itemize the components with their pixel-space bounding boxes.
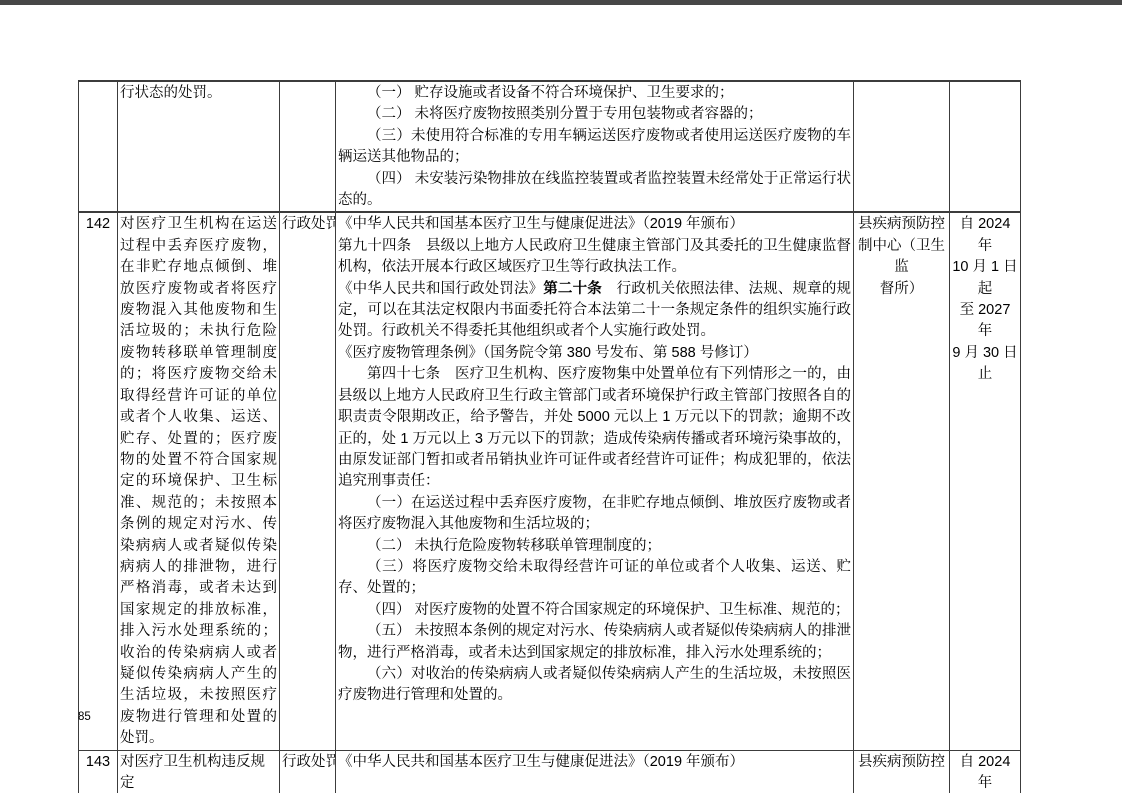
basis-article-47: 第四十七条 医疗卫生机构、医疗废物集中处置单位有下列情形之一的，由县级以上地方人…: [338, 364, 851, 492]
law-2-title: 《中华人民共和国行政处罚法》: [338, 281, 543, 297]
agency-cell: [854, 81, 950, 212]
table-row-142: 142 对医疗卫生机构在运送过程中丢弃医疗废物，在非贮存地点倾倒、堆放医疗废物或…: [79, 212, 1021, 750]
page-number: 85: [78, 711, 91, 723]
penalty-item-text: 对医疗卫生机构在运送过程中丢弃医疗废物，在非贮存地点倾倒、堆放医疗废物或者将医疗…: [120, 214, 277, 749]
penalty-item-cell: 对医疗卫生机构在运送过程中丢弃医疗废物，在非贮存地点倾倒、堆放医疗废物或者将医疗…: [118, 212, 280, 750]
penalty-item-text: 行状态的处罚。: [120, 83, 277, 104]
basis-item-3: （三）将医疗废物交给未取得经营许可证的单位或者个人收集、运送、贮存、处置的；: [338, 557, 851, 600]
period-line-4: 9 月 30 日止: [952, 343, 1018, 386]
period-cell: 自 2024 年 10 月 1 日起 至 2027 年 9 月 30 日止: [950, 212, 1021, 750]
row-number-cell: 142: [79, 212, 118, 750]
table-row-143: 143 对医疗卫生机构违反规定 行政处罚 《中华人民共和国基本医疗卫生与健康促进…: [79, 750, 1021, 793]
period-line-2: 10 月 1 日起: [952, 257, 1018, 300]
basis-law-1-title: 《中华人民共和国基本医疗卫生与健康促进法》（2019 年颁布）: [338, 214, 851, 235]
row-number-cell: [79, 81, 118, 212]
penalty-item-text: 对医疗卫生机构违反规定: [120, 752, 277, 793]
legal-basis-cell: 《中华人民共和国基本医疗卫生与健康促进法》（2019 年颁布） 第九十四条 县级…: [336, 212, 854, 750]
window-top-edge: [0, 0, 1122, 5]
basis-law-3-title: 《医疗废物管理条例》（国务院令第 380 号发布、第 588 号修订）: [338, 343, 851, 364]
basis-item-1: （一）在运送过程中丢弃医疗废物，在非贮存地点倾倒、堆放医疗废物或者将医疗废物混入…: [338, 493, 851, 536]
basis-item-6: （六）对收治的传染病病人或者疑似传染病病人产生的生活垃圾，未按照医疗废物进行管理…: [338, 664, 851, 707]
table-row-141-continuation: 行状态的处罚。 （一） 贮存设施或者设备不符合环境保护、卫生要求的； （二） 未…: [79, 81, 1021, 212]
basis-law-2-article-20: 《中华人民共和国行政处罚法》第二十条 行政机关依照法律、法规、规章的规定，可以在…: [338, 279, 851, 343]
agency-cell: 县疾病预防控 制中心（卫生监 督所）: [854, 212, 950, 750]
regulation-table: 行状态的处罚。 （一） 贮存设施或者设备不符合环境保护、卫生要求的； （二） 未…: [78, 80, 1021, 793]
penalty-item-cell: 对医疗卫生机构违反规定: [118, 750, 280, 793]
agency-line-2: 制中心（卫生监: [856, 236, 947, 279]
basis-item-5: （五） 未按照本条例的规定对污水、传染病病人或者疑似传染病病人的排泄物，进行严格…: [338, 621, 851, 664]
penalty-item-cell: 行状态的处罚。: [118, 81, 280, 212]
agency-cell: 县疾病预防控: [854, 750, 950, 793]
penalty-type-cell: [280, 81, 336, 212]
basis-item-4: （四） 对医疗废物的处置不符合国家规定的环境保护、卫生标准、规范的；: [338, 600, 851, 621]
period-cell: 自 2024 年: [950, 750, 1021, 793]
penalty-type-cell: 行政处罚: [280, 212, 336, 750]
basis-item-1: （一） 贮存设施或者设备不符合环境保护、卫生要求的；: [338, 83, 851, 104]
basis-law-1-title: 《中华人民共和国基本医疗卫生与健康促进法》（2019 年颁布）: [338, 752, 851, 773]
article-20-label: 第二十条: [543, 281, 602, 297]
legal-basis-cell: （一） 贮存设施或者设备不符合环境保护、卫生要求的； （二） 未将医疗废物按照类…: [336, 81, 854, 212]
legal-basis-cell: 《中华人民共和国基本医疗卫生与健康促进法》（2019 年颁布）: [336, 750, 854, 793]
basis-item-2: （二） 未执行危险废物转移联单管理制度的；: [338, 536, 851, 557]
penalty-type-cell: 行政处罚: [280, 750, 336, 793]
period-line-3: 至 2027 年: [952, 300, 1018, 343]
row-number-cell: 143: [79, 750, 118, 793]
agency-line-1: 县疾病预防控: [856, 214, 947, 235]
basis-item-3: （三）未使用符合标准的专用车辆运送医疗废物或者使用运送医疗废物的车辆运送其他物品…: [338, 126, 851, 169]
period-line-1: 自 2024 年: [952, 214, 1018, 257]
basis-item-4: （四） 未安装污染物排放在线监控装置或者监控装置未经常处于正常运行状态的。: [338, 169, 851, 212]
basis-item-2: （二） 未将医疗废物按照类别分置于专用包装物或者容器的；: [338, 104, 851, 125]
basis-article-94: 第九十四条 县级以上地方人民政府卫生健康主管部门及其委托的卫生健康监督机构，依法…: [338, 236, 851, 279]
agency-line-3: 督所）: [856, 279, 947, 300]
period-cell: [950, 81, 1021, 212]
